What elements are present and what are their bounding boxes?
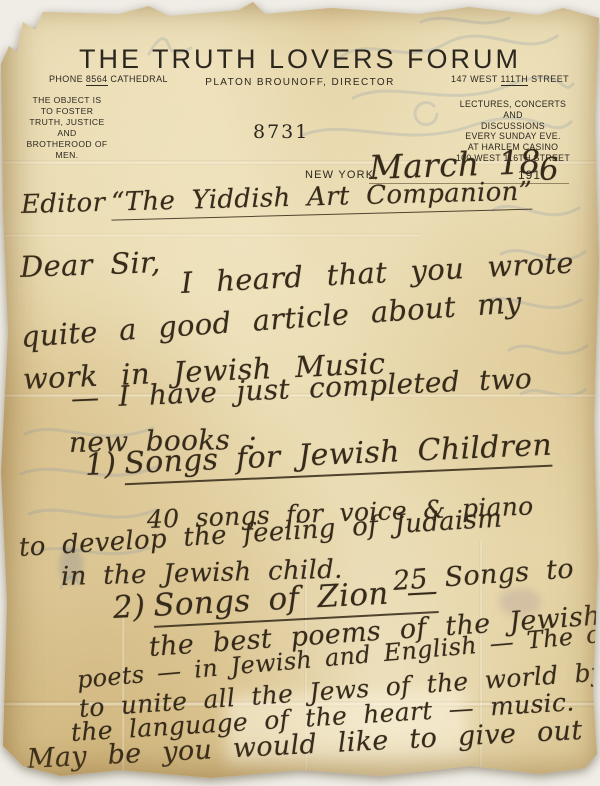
address-street-number: 111TH (501, 74, 529, 86)
motto-line: TRUTH, JUSTICE (25, 117, 109, 128)
motto-block: THE OBJECT IS TO FOSTER TRUTH, JUSTICE A… (25, 95, 109, 161)
list-item-2-number: 2) (112, 588, 146, 626)
dateline-year-handwritten: 6 (538, 151, 559, 188)
salutation-line: Dear Sir, (19, 245, 161, 284)
recipient-line: Editor“The Yiddish Art Companion” (21, 177, 533, 220)
body-line-2: quite a good article about my (20, 285, 523, 354)
serial-number-stamp: 8731 (253, 121, 309, 143)
address-pre: 147 WEST (451, 74, 500, 84)
address-line: 147 WEST 111TH STREET (451, 74, 569, 84)
motto-line: AND (25, 128, 109, 139)
motto-line: MEN. (25, 150, 109, 161)
recipient-publication: “The Yiddish Art Companion” (111, 177, 533, 221)
letter-paper: THE TRUTH LOVERS FORUM PHONE 8564 CATHED… (1, 2, 599, 782)
motto-line: THE OBJECT IS (25, 95, 109, 106)
events-line: AND (449, 110, 577, 121)
fold-crease (1, 233, 420, 238)
paper-shadow: THE TRUTH LOVERS FORUM PHONE 8564 CATHED… (0, 0, 600, 786)
events-line: EVERY SUNDAY EVE. (449, 131, 577, 142)
events-line: LECTURES, CONCERTS (449, 99, 577, 110)
motto-line: TO FOSTER (25, 106, 109, 117)
scanned-letter: THE TRUTH LOVERS FORUM PHONE 8564 CATHED… (0, 0, 600, 786)
recipient-prefix: Editor (21, 188, 106, 220)
dateline-city: NEW YORK, (305, 169, 379, 181)
org-title: THE TRUTH LOVERS FORUM (1, 44, 599, 75)
events-line: DISCUSSIONS (449, 121, 577, 132)
list-item-1-number: 1) (84, 447, 117, 483)
motto-line: BROTHEROOD OF (25, 139, 109, 150)
address-post: STREET (528, 74, 569, 84)
